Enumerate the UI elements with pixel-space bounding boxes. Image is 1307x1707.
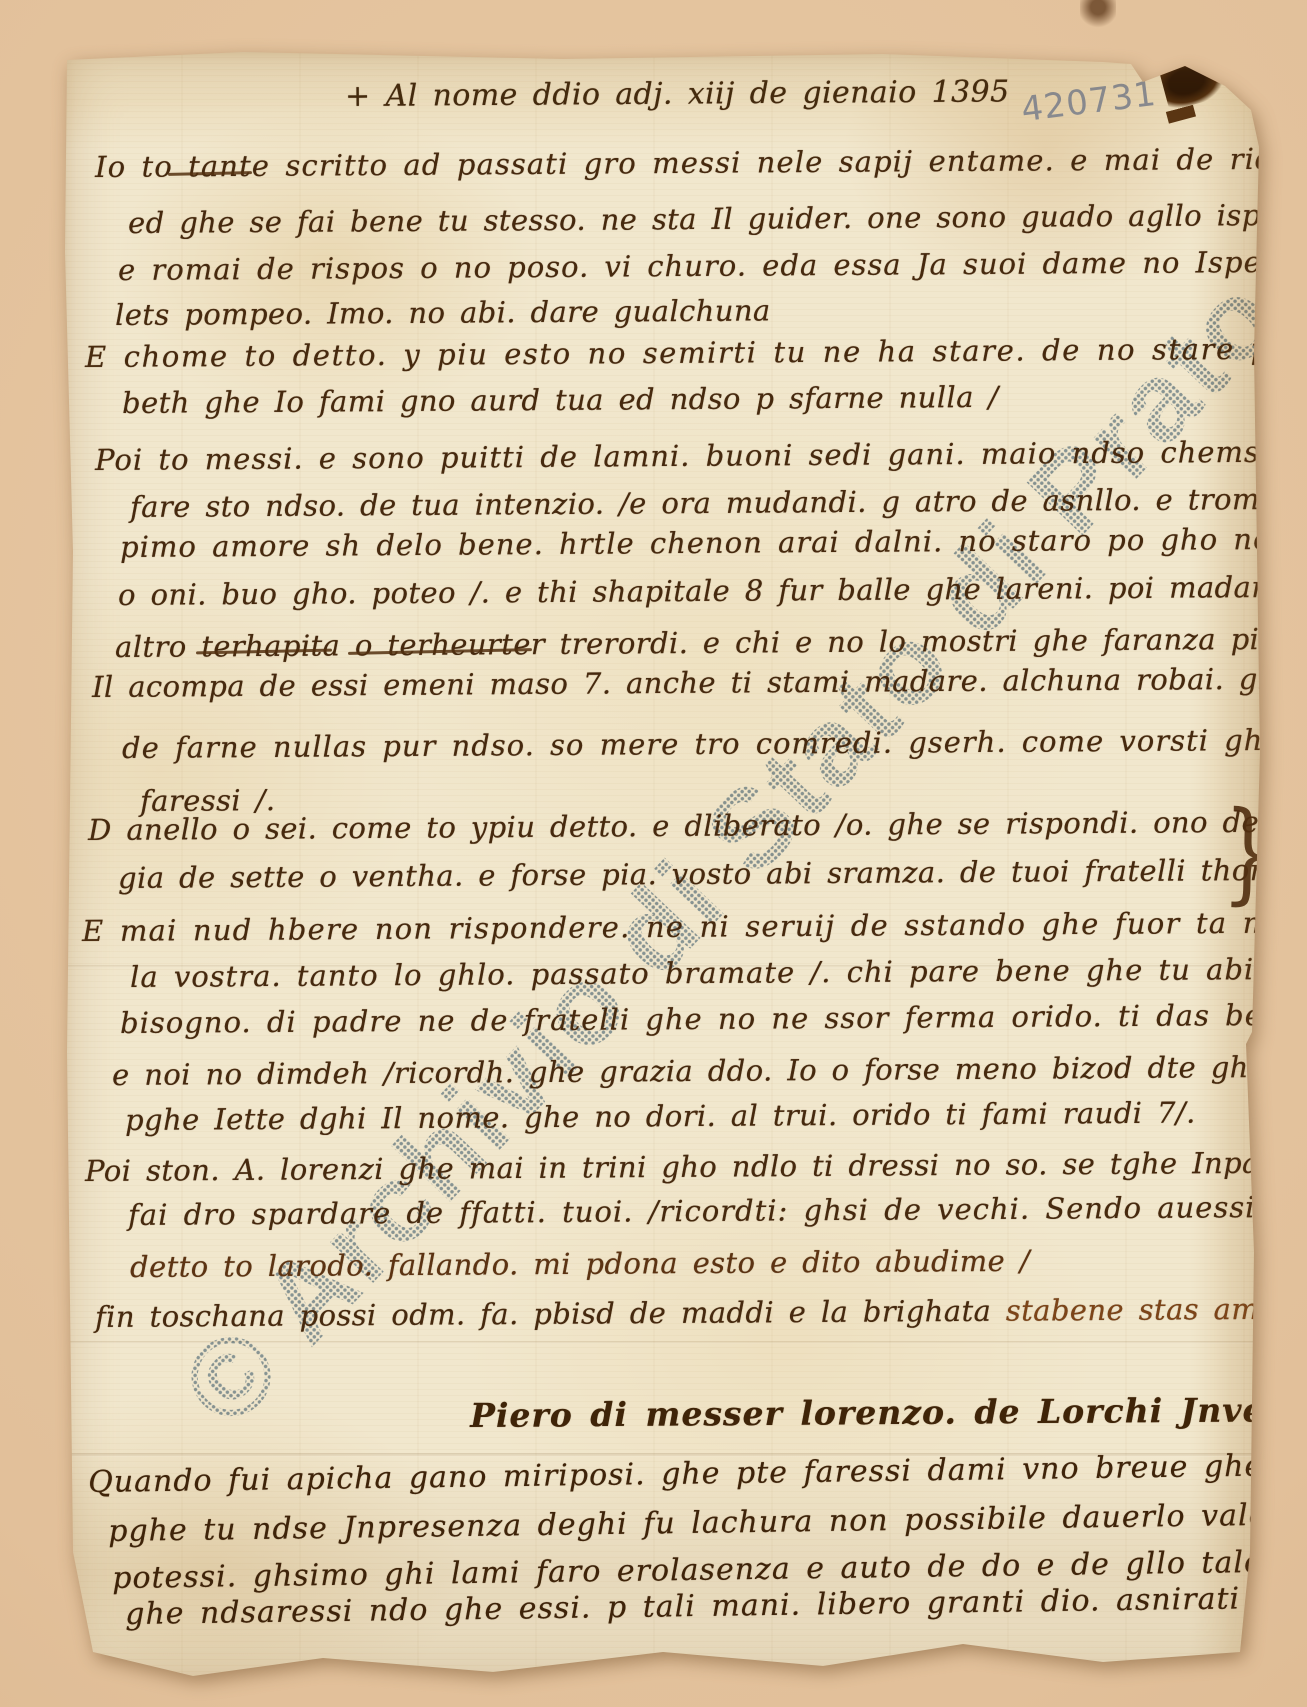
manuscript-line: o oni. buo gho. poteo /. e thi shapitale… [118, 571, 1307, 612]
signature-line: Piero di messer lorenzo. de Lorchi Jnven… [470, 1392, 1307, 1434]
manuscript-line: bisogno. di padre ne de fratelli ghe no … [120, 999, 1307, 1040]
manuscript-line: Il acompa de essi emeni maso 7. anche ti… [92, 662, 1307, 703]
manuscript-line: fin toschana possi odm. fa. pbisd de mad… [95, 1293, 1307, 1334]
manuscript-line: lets pompeo. Imo. no abi. dare gualchuna [115, 295, 771, 331]
manuscript-line: Poi ston. A. lorenzi ghe mai in trini gh… [85, 1147, 1307, 1188]
manuscript-line: altro terhapita o terheurter trerordi. e… [115, 624, 1303, 664]
letter-heading: + Al nome ddio adj. xiij de gienaio 1395 [345, 75, 1010, 113]
crease-line [63, 1341, 1261, 1344]
manuscript-line: E chome to detto. y piu esto no semirti … [85, 333, 1307, 374]
manuscript-line: Poi to messi. e sono puitti de lamni. bu… [95, 436, 1307, 477]
manuscript-line: fare sto ndso. de tua intenzio. /e ora m… [130, 483, 1307, 523]
manuscript-line: e noi no dimdeh /ricordh. ghe grazia ddo… [112, 1051, 1307, 1092]
manuscript-line: pghe tu ndse Jnpresenza deghi fu lachura… [108, 1496, 1307, 1548]
paper-shadow: © Archivio di Stato di Prato + Al nome d… [0, 0, 1307, 1707]
margin-brace: } [1221, 787, 1275, 917]
manuscript-line: pghe Iette dghi Il nome. ghe no dori. al… [125, 1098, 1196, 1137]
manuscript-line: detto to larodo. fallando. mi pdona esto… [130, 1246, 1030, 1284]
line-rusty-tail: stabene stas amgi 7/ [1006, 1291, 1307, 1327]
manuscript-line: gia de sette o ventha. e forse pia. vost… [118, 855, 1305, 895]
manuscript-line: Io to tante scritto ad passati gro messi… [95, 142, 1307, 183]
manuscript-line: e romai de rispos o no poso. vi churo. e… [118, 247, 1307, 287]
scan-background: © Archivio di Stato di Prato + Al nome d… [0, 0, 1307, 1707]
line-main-text: fin toschana possi odm. fa. pbisd de mad… [95, 1294, 991, 1334]
manuscript-line: beth ghe Io fami gno aurd tua ed ndso p … [122, 382, 999, 420]
manuscript-line: Quando fui apicha gano miriposi. ghe pte… [88, 1446, 1307, 1499]
letter-paper: © Archivio di Stato di Prato + Al nome d… [63, 52, 1261, 1684]
manuscript-line: ed ghe se fai bene tu stesso. ne sta Il … [128, 200, 1307, 240]
manuscript-line: pimo amore sh delo bene. hrtle chenon ar… [120, 523, 1307, 564]
manuscript-line: E mai nud hbere non rispondere. ne ni se… [82, 907, 1307, 948]
manuscript-line: la vostra. tanto lo ghlo. passato bramat… [130, 953, 1307, 994]
manuscript-line: de farne nullas pur ndso. so mere tro co… [122, 724, 1307, 764]
archive-number: 420731 [1019, 74, 1159, 130]
manuscript-line: fai dro spardare de ffatti. tuoi. /ricor… [128, 1191, 1307, 1232]
ink-blot-corner [1158, 53, 1227, 111]
manuscript-line: D anello o sei. come to ypiu detto. e dl… [88, 806, 1307, 847]
